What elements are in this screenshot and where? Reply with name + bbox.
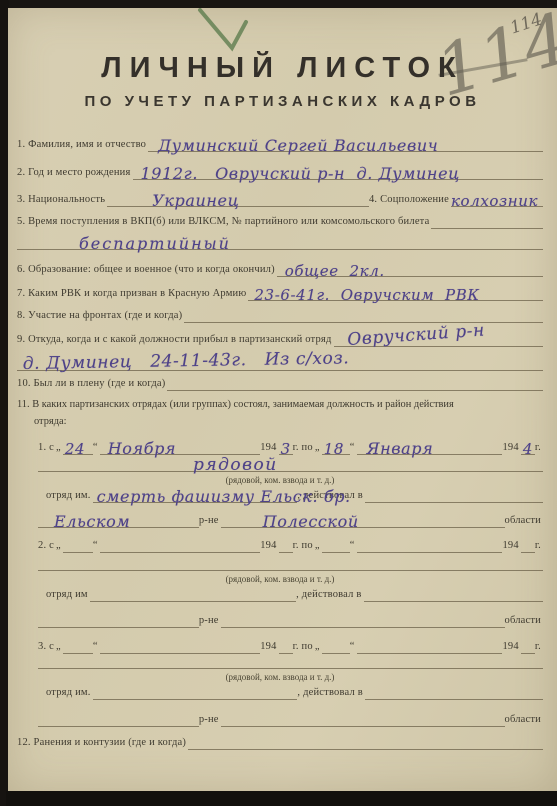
field-12-line [188, 729, 543, 750]
entry-2-district-line [38, 607, 199, 628]
entry-2-acted-line [364, 581, 543, 602]
field-9-label: 9. Откуда, когда и с какой должности при… [17, 333, 334, 347]
entry-1-oblast-line: Полесской [221, 507, 505, 528]
form-title: ЛИЧНЫЙ ЛИСТОК [8, 52, 557, 85]
entry-2-oblast-line [221, 607, 505, 628]
entry-1-otryad-line: смерть фашизму Ельск. бр. [93, 482, 298, 503]
field-2-row: 2. Год и место рождения 1912г. Овручский… [17, 160, 543, 180]
field-12-row: 12. Ранения и контузии (где и когда) [17, 730, 543, 750]
service-entry-1-position-row: рядовой [38, 452, 543, 472]
field-5-label: 5. Время поступления в ВКП(б) или ВЛКСМ,… [17, 215, 431, 229]
acted-label: , действовал в [296, 588, 363, 602]
field-10-label: 10. Был ли в плену (где и когда) [17, 377, 167, 391]
field-7-line: 23-6-41г. Овручским РВК [248, 280, 543, 301]
form-subtitle: ПО УЧЕТУ ПАРТИЗАНСКИХ КАДРОВ [8, 93, 557, 110]
field-2-line: 1912г. Овручский р-н д. Думинец [133, 159, 543, 180]
otryad-label: отряд им. [46, 686, 93, 700]
field-10-line [167, 370, 543, 391]
field-4-value: колхозник [451, 194, 538, 209]
field-9-line: Овручский р-н [334, 326, 544, 347]
service-entry-1-otryad-row: отряд им. смерть фашизму Ельск. бр. , де… [46, 483, 543, 503]
entry-2-otryad-line [90, 581, 296, 602]
entry-1-district-line: Ельском [38, 507, 199, 528]
field-8-label: 8. Участие на фронтах (где и когда) [17, 309, 184, 323]
otryad-label: отряд им. [46, 489, 93, 503]
entry-2-position-line [38, 550, 543, 571]
field-9-value2-line: д. Думинец 24-11-43г. Из с/хоз. [17, 350, 543, 371]
field-1-line: Думинский Сергей Васильевич [148, 131, 543, 152]
document-page: 114 114 ЛИЧНЫЙ ЛИСТОК ПО УЧЕТУ ПАРТИЗАНС… [8, 8, 557, 792]
oblast-label: области [505, 514, 544, 528]
rne-label: р-не [199, 713, 221, 727]
field-2-label: 2. Год и место рождения [17, 166, 133, 180]
entry-1-otryad: смерть фашизму Ельск. бр. [97, 489, 351, 505]
service-entry-2-otryad-row: отряд им , действовал в [46, 582, 543, 602]
acted-label: , действовал в [297, 686, 364, 700]
field-3-4-row: 3. Национальность Украинец 4. Соцположен… [17, 187, 543, 207]
field-7-value: 23-6-41г. Овручским РВК [254, 288, 479, 303]
scan-bottom-edge [6, 791, 557, 806]
checkmark-icon [184, 8, 264, 58]
field-6-value: общее 2кл. [285, 264, 385, 279]
entry-3-acted-line [365, 679, 543, 700]
field-8-line [184, 302, 543, 323]
field-3-value: Украинец [152, 193, 239, 209]
field-11-label2: отряда: [34, 416, 67, 427]
field-9-value2-row: д. Думинец 24-11-43г. Из с/хоз. [17, 351, 543, 371]
rne-label: р-не [199, 514, 221, 528]
field-7-row: 7. Каким РВК и когда призван в Красную А… [17, 281, 543, 301]
field-6-label: 6. Образование: общее и военное (что и к… [17, 263, 277, 277]
field-11-label: 11. В каких партизанских отрядах (или гр… [17, 399, 454, 410]
field-6-line: общее 2кл. [277, 256, 543, 277]
entry-3-district-line [38, 706, 199, 727]
field-3-label: 3. Национальность [17, 193, 107, 207]
field-4-line: колхозник [451, 186, 543, 207]
rne-label: р-не [199, 614, 221, 628]
field-9-row: 9. Откуда, когда и с какой должности при… [17, 327, 543, 347]
field-4-label: 4. Соцположение [369, 193, 451, 207]
field-8-row: 8. Участие на фронтах (где и когда) [17, 303, 543, 323]
field-5-value: беспартийный [79, 236, 231, 252]
field-9-value: Овручский р-н [346, 322, 485, 349]
entry-3-oblast-line [221, 706, 505, 727]
field-5-row: 5. Время поступления в ВКП(б) или ВЛКСМ,… [17, 209, 543, 229]
entry-3-otryad-line [93, 679, 298, 700]
service-entry-2-position-row [38, 551, 543, 571]
entry-3-position-line [38, 648, 543, 669]
field-7-label: 7. Каким РВК и когда призван в Красную А… [17, 287, 248, 301]
field-6-row: 6. Образование: общее и военное (что и к… [17, 257, 543, 277]
field-2-value: 1912г. Овручский р-н д. Думинец [141, 166, 460, 182]
entry-1-district: Ельском [54, 514, 130, 530]
entry-1-position-line: рядовой [38, 451, 543, 472]
entry-1-acted-line [365, 482, 543, 503]
entry-1-position: рядовой [193, 457, 278, 474]
field-1-label: 1. Фамилия, имя и отчество [17, 138, 148, 152]
oblast-label: области [505, 614, 544, 628]
service-entry-3-region-row: р-не области [38, 707, 543, 727]
service-entry-3-position-row [38, 649, 543, 669]
field-5-value-line: беспартийный [17, 229, 543, 250]
field-3-line: Украинец [107, 186, 369, 207]
service-entry-1-region-row: Ельском р-не Полесской области [38, 508, 543, 528]
oblast-label: области [505, 713, 544, 727]
entry-1-oblast: Полесской [263, 514, 359, 530]
field-5-value-row: беспартийный [17, 230, 543, 250]
field-1-row: 1. Фамилия, имя и отчество Думинский Сер… [17, 132, 543, 152]
field-12-label: 12. Ранения и контузии (где и когда) [17, 736, 188, 750]
field-5-line [431, 208, 543, 229]
field-1-value: Думинский Сергей Васильевич [158, 138, 438, 154]
field-10-row: 10. Был ли в плену (где и когда) [17, 371, 543, 391]
service-entry-2-region-row: р-не области [38, 608, 543, 628]
otryad-label: отряд им [46, 588, 90, 602]
service-entry-3-otryad-row: отряд им. , действовал в [46, 680, 543, 700]
